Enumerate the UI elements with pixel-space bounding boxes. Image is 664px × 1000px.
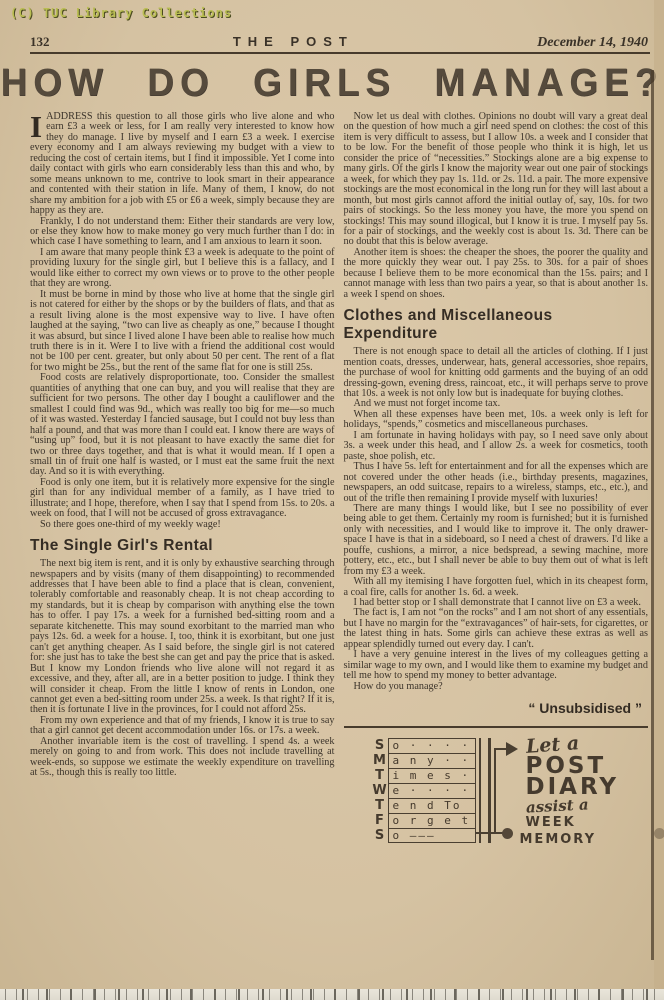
grid-cells: i m e s ·	[388, 768, 476, 783]
arrow-right-icon	[506, 742, 518, 756]
grid-cells: o ———	[388, 828, 476, 843]
paragraph: IADDRESS this question to all those girl…	[30, 112, 335, 217]
paragraph: Another item is shoes: the cheaper the s…	[344, 248, 649, 300]
paragraph: Frankly, I do not understand them: Eithe…	[30, 217, 335, 248]
grid-cells: e n d To	[388, 798, 476, 813]
paragraph: Food costs are relatively disproportiona…	[30, 373, 335, 478]
paragraph: With all my itemising I have forgotten f…	[344, 577, 649, 598]
paragraph: Another invariable item is the cost of t…	[30, 737, 335, 779]
article-title: HOW DO GIRLS MANAGE?	[0, 61, 664, 105]
article-columns: IADDRESS this question to all those girl…	[30, 112, 648, 886]
advert-brand-diary: DIARY	[526, 777, 620, 798]
page-gutter-shade	[654, 0, 664, 1000]
post-diary-advert: So · · · · Ma n y · · Ti m e s · We · · …	[344, 736, 649, 886]
copyright-watermark: (C) TUC Library Collections	[10, 6, 232, 20]
page-header: 132 THE POST December 14, 1940	[30, 34, 648, 51]
paragraph: I am aware that many people think £3 a w…	[30, 248, 335, 290]
paragraph: Now let us deal with clothes. Opinions n…	[344, 112, 649, 248]
paragraph: There is not enough space to detail all …	[344, 347, 649, 399]
grid-cells: o r g e t	[388, 813, 476, 828]
section-heading-clothes: Clothes and Miscellaneous Expenditure	[344, 307, 649, 343]
issue-date: December 14, 1940	[537, 35, 648, 51]
advert-rule	[344, 726, 649, 728]
day-letter: F	[372, 813, 388, 828]
connector-line	[494, 748, 496, 833]
left-column: IADDRESS this question to all those girl…	[30, 112, 335, 886]
advert-caps-memory: MEMORY	[520, 833, 620, 847]
paragraph: It must be borne in mind by those who li…	[30, 290, 335, 374]
section-heading-rental: The Single Girl's Rental	[30, 537, 335, 555]
connector-line	[476, 832, 504, 834]
paragraph: Food is only one item, but it is relativ…	[30, 478, 335, 520]
header-rule	[30, 52, 650, 54]
week-grid-row: Ti m e s ·	[372, 768, 476, 783]
advert-script-assista: assist a	[525, 797, 588, 815]
advert-caps-week: WEEK	[526, 816, 620, 830]
week-grid-row: So · · · ·	[372, 738, 476, 753]
advert-script-leta: Let a	[525, 734, 579, 756]
scan-ruler	[0, 989, 664, 1000]
paragraph: The next big item is rent, and it is onl…	[30, 559, 335, 716]
paragraph: There are many things I would like, but …	[344, 504, 649, 577]
grid-spine-border	[479, 738, 491, 843]
grid-cells: a n y · ·	[388, 753, 476, 768]
masthead: THE POST	[233, 34, 354, 49]
week-grid-row: Te n d To	[372, 798, 476, 813]
week-grid-row: We · · · ·	[372, 783, 476, 798]
paragraph-text: ADDRESS this question to all those girls…	[30, 111, 335, 216]
week-grid-row: Ma n y · ·	[372, 753, 476, 768]
advert-copy: Let a POST DIARY assist a WEEK MEMORY	[526, 736, 620, 847]
paragraph: The fact is, I am not “on the rocks” and…	[344, 608, 649, 650]
paragraph: I have a very genuine interest in the li…	[344, 650, 649, 681]
day-letter: S	[372, 828, 388, 843]
bullet-dot-icon	[502, 828, 513, 839]
grid-cells: e · · · ·	[388, 783, 476, 798]
week-grid-row: Fo r g e t	[372, 813, 476, 828]
grid-cells: o · · · ·	[388, 738, 476, 753]
day-letter: T	[372, 798, 388, 813]
page-gutter-line	[651, 70, 654, 960]
dropcap-initial: I	[30, 113, 42, 140]
right-column: Now let us deal with clothes. Opinions n…	[344, 112, 649, 886]
paragraph: I am fortunate in having holidays with p…	[344, 431, 649, 462]
week-grid: So · · · · Ma n y · · Ti m e s · We · · …	[372, 738, 476, 843]
paragraph: How do you manage?	[344, 682, 649, 692]
week-grid-row: So ———	[372, 828, 476, 843]
day-letter: S	[372, 738, 388, 753]
page-number: 132	[30, 34, 50, 50]
paragraph: So there goes one-third of my weekly wag…	[30, 520, 335, 530]
day-letter: T	[372, 768, 388, 783]
newspaper-page: (C) TUC Library Collections 132 THE POST…	[0, 0, 664, 1000]
paragraph: When all these expenses have been met, 1…	[344, 410, 649, 431]
paragraph: From my own experience and that of my fr…	[30, 716, 335, 737]
day-letter: W	[372, 783, 388, 798]
day-letter: M	[372, 753, 388, 768]
paragraph: Thus I have 5s. left for entertainment a…	[344, 462, 649, 504]
author-signature: “ Unsubsidised ”	[344, 700, 643, 716]
